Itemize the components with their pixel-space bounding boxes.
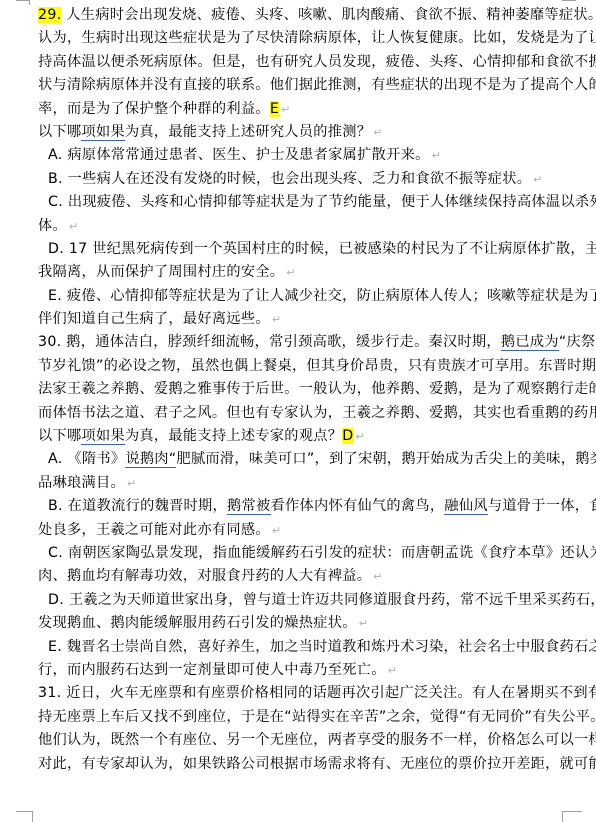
paragraph-mark-icon: ↵ — [272, 524, 282, 537]
document-page[interactable]: 29. 人生病时会出现发烧、疲倦、头疼、咳嗽、肌肉酸痛、食欲不振、精神萎靡等症状… — [38, 4, 568, 776]
q29-option-e-1: E. 疲倦、心情抑郁等症状是为了让人减少社交，防止病原体人传人；咳嗽等症状是为了… — [38, 285, 568, 308]
grammar-underline[interactable]: 说鹅肉“ — [125, 451, 176, 468]
paragraph-mark-icon: ↵ — [272, 313, 282, 326]
q29-option-d-1: D. 17 世纪黑死病传到一个英国村庄的时候，已被感染的村民为了不让病原体扩散，… — [38, 238, 568, 261]
grammar-underline[interactable]: 融仙风 — [444, 498, 487, 515]
q30-answer: D — [342, 428, 353, 444]
top-right-margin-mark — [562, 0, 576, 1]
bottom-left-margin-mark — [16, 811, 32, 812]
q31-line-2: 持无座票上车后又找不到座位，于是在“站得实在辛苦”之余，觉得“有无同价”有失公平… — [38, 706, 568, 729]
q29-option-c-2: 体。↵ — [38, 215, 568, 238]
q30-option-b-1: B. 在道教流行的魏晋时期，鹅常被看作体内怀有仙气的禽鸟，融仙风与道骨于一体，食… — [38, 495, 568, 518]
paragraph-mark-icon: ↵ — [373, 570, 383, 583]
q30-option-e-1: E. 魏晋名士崇尚自然，喜好养生，加之当时道教和炼丹术习染，社会名士中服食药石之… — [38, 636, 568, 659]
grammar-underline[interactable]: 鹅常被 — [227, 498, 270, 515]
q30-number: 30. — [38, 334, 61, 350]
q30-option-e-2: 行，而内服药石达到一定剂量即可使人中毒乃至死亡。↵ — [38, 659, 568, 682]
q30-option-c-2: 肉、鹅血均有解毒功效，对服食丹药的人大有裨益。↵ — [38, 565, 568, 588]
q29-option-e-2: 伴们知道自己生病了，最好离远些。↵ — [38, 308, 568, 331]
q30-option-c-1: C. 南朝医家陶弘景发现，指血能缓解药石引发的症状：而唐朝孟诜《食疗本草》还认为… — [38, 542, 568, 565]
paragraph-mark-icon: ↵ — [281, 103, 291, 116]
paragraph-mark-icon: ↵ — [432, 149, 442, 162]
q29-question: 以下哪项如果为真，最能支持上述研究人员的推测？↵ — [38, 121, 568, 144]
bottom-left-margin-mark-v — [32, 811, 33, 822]
q31-number: 31. — [38, 685, 61, 701]
q29-option-b: B. 一些病人在还没有发烧的时候，也会出现头疼、乏力和食欲不振等症状。↵ — [38, 168, 568, 191]
q29-option-d-2: 我隔离，从而保护了周围村庄的安全。↵ — [38, 261, 568, 284]
q29-option-c-1: C. 出现疲倦、头疼和心情抑郁等症状是为了节约能量，便于人体继续保持高体温以杀死… — [38, 191, 568, 214]
top-left-margin-mark — [16, 0, 30, 1]
q30-option-d-1: D. 王羲之为天师道世家出身，曾与道士许迈共同修道服食丹药，常不远千里采买药石，… — [38, 589, 568, 612]
q29-line-5: 率，而是为了保护整个种群的利益。E↵ — [38, 98, 568, 121]
top-left-margin-mark-v — [29, 0, 30, 5]
paragraph-mark-icon: ↵ — [127, 477, 137, 490]
q29-answer: E — [270, 101, 279, 117]
paragraph-mark-icon: ↵ — [388, 664, 398, 677]
q30-option-a-2: 品琳琅满目。↵ — [38, 472, 568, 495]
paragraph-mark-icon: ↵ — [373, 126, 383, 139]
paragraph-mark-icon: ↵ — [286, 266, 296, 279]
paragraph-mark-icon: ↵ — [359, 617, 369, 630]
bottom-right-margin-mark-v — [562, 811, 563, 822]
q29-line-1: 29. 人生病时会出现发烧、疲倦、头疼、咳嗽、肌肉酸痛、食欲不振、精神萎靡等症状… — [38, 4, 568, 27]
q29-line-2: 认为，生病时出现这些症状是为了尽快清除病原体，让人恢复健康。比如，发烧是为了让人… — [38, 27, 568, 50]
grammar-underline[interactable]: 项如果 — [81, 124, 124, 141]
q30-line-4: 而体悟书法之道、君子之风。但也有专家认为，王羲之养鹅、爱鹅，其实也看重鹅的药用价… — [38, 402, 568, 425]
q31-line-1: 31. 近日，火车无座票和有座票价格相同的话题再次引起广泛关注。有人在暑期买不到… — [38, 682, 568, 705]
bottom-right-margin-mark — [562, 811, 582, 812]
q29-number: 29. — [38, 7, 61, 23]
q30-line-2: 节岁礼馈”的必设之物，虽然也偶上餐桌，但其身价昂贵，只有贵族才可享用。东晋时期大… — [38, 355, 568, 378]
q30-question: 以下哪项如果为真，最能支持上述专家的观点？D↵ — [38, 425, 568, 448]
grammar-underline[interactable]: 鹅已成为 — [501, 334, 559, 351]
q30-option-a-1: A. 《隋书》说鹅肉“肥腻而滑，味美可口”，到了宋朝，鹅开始成为舌尖上的美味，鹅… — [38, 448, 568, 471]
q29-line-3: 持高体温以便杀死病原体。但是，也有研究人员发现，疲倦、头疼、心情抑郁和食欲不振等… — [38, 51, 568, 74]
q31-line-3: 他们认为，既然一个有座位、另一个无座位，两者享受的服务不一样，价格怎么可以一样呢… — [38, 729, 568, 752]
q29-option-a: A. 病原体常常通过患者、医生、护士及患者家属扩散开来。↵ — [38, 144, 568, 167]
q30-line-3: 法家王羲之养鹅、爱鹅之雅事传于后世。一般认为，他养鹅、爱鹅，是为了观察鹅行走的步… — [38, 378, 568, 401]
paragraph-mark-icon: ↵ — [533, 173, 543, 186]
q30-option-b-2: 处良多，王羲之可能对此亦有同感。↵ — [38, 519, 568, 542]
paragraph-mark-icon: ↵ — [69, 220, 79, 233]
q29-line-4: 状与清除病原体并没有直接的联系。他们据此推测，有些症状的出现不是为了提高个人的生… — [38, 74, 568, 97]
q31-line-4: 对此，有专家却认为，如果铁路公司根据市场需求将有、无座位的票价拉开差距，就可能对… — [38, 753, 568, 776]
q30-option-d-2: 发现鹅血、鹅肉能缓解服用药石引发的燥热症状。↵ — [38, 612, 568, 635]
paragraph-mark-icon: ↵ — [356, 430, 366, 443]
grammar-underline[interactable]: 项如果 — [81, 428, 124, 445]
q30-line-1: 30. 鹅，通体洁白，脖颈纤细流畅，常引颈高歌，缓步行走。秦汉时期，鹅已成为“庆… — [38, 331, 568, 354]
